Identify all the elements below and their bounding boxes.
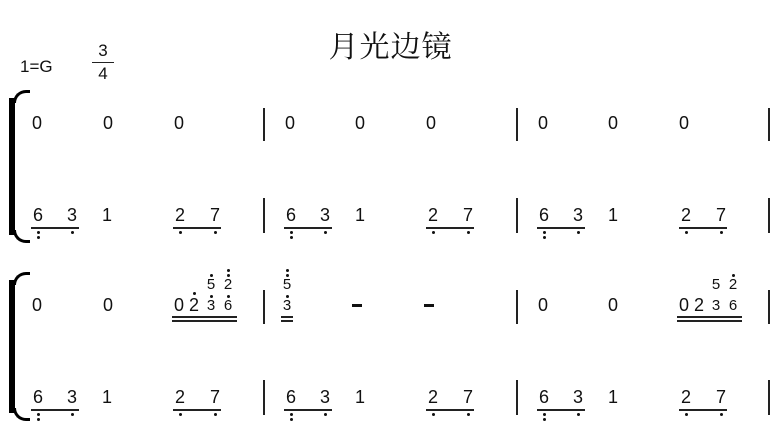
octave-dot bbox=[290, 231, 293, 234]
note: 6 bbox=[30, 205, 46, 225]
note: 0 bbox=[100, 295, 116, 315]
note: 6 bbox=[536, 387, 552, 407]
note: 1 bbox=[352, 205, 368, 225]
bar-line bbox=[768, 198, 770, 233]
octave-dot bbox=[432, 231, 435, 234]
note: 2 bbox=[727, 277, 739, 293]
time-signature: 3 4 bbox=[92, 41, 114, 84]
octave-dot bbox=[71, 231, 74, 234]
octave-dot bbox=[467, 413, 470, 416]
note: 1 bbox=[605, 387, 621, 407]
underline bbox=[537, 409, 585, 411]
note: 3 bbox=[64, 205, 80, 225]
note: 0 bbox=[605, 295, 621, 315]
octave-dot bbox=[179, 231, 182, 234]
octave-dot bbox=[543, 236, 546, 239]
note: 3 bbox=[64, 387, 80, 407]
octave-dot bbox=[685, 413, 688, 416]
underline bbox=[173, 409, 221, 411]
octave-dot bbox=[37, 236, 40, 239]
underline bbox=[426, 227, 474, 229]
underline bbox=[679, 409, 727, 411]
octave-dot bbox=[467, 231, 470, 234]
note: 3 bbox=[205, 298, 217, 314]
note: 6 bbox=[536, 205, 552, 225]
octave-dot bbox=[543, 413, 546, 416]
time-signature-denominator: 4 bbox=[92, 64, 114, 84]
system-bracket bbox=[9, 280, 15, 413]
octave-dot bbox=[227, 274, 230, 277]
note: 3 bbox=[570, 387, 586, 407]
key-signature: 1=G bbox=[20, 57, 53, 77]
octave-dot bbox=[214, 231, 217, 234]
octave-dot bbox=[720, 231, 723, 234]
system-bracket bbox=[9, 98, 15, 235]
underline bbox=[281, 316, 293, 318]
note: 1 bbox=[99, 387, 115, 407]
octave-dot bbox=[193, 292, 196, 295]
note: 7 bbox=[713, 387, 729, 407]
bar-line bbox=[263, 108, 265, 141]
note: 6 bbox=[283, 387, 299, 407]
underline bbox=[172, 320, 237, 322]
note: 3 bbox=[710, 298, 722, 314]
note: 6 bbox=[727, 298, 739, 314]
underline bbox=[677, 320, 742, 322]
octave-dot bbox=[324, 413, 327, 416]
underline bbox=[426, 409, 474, 411]
bar-line bbox=[768, 380, 770, 415]
note: 3 bbox=[317, 387, 333, 407]
bar-line bbox=[768, 290, 770, 324]
underline bbox=[284, 409, 332, 411]
octave-dot bbox=[324, 231, 327, 234]
note: 7 bbox=[207, 387, 223, 407]
bar-line bbox=[263, 198, 265, 233]
octave-dot bbox=[286, 295, 289, 298]
note: 3 bbox=[281, 298, 293, 314]
bar-line bbox=[263, 380, 265, 415]
note: 0 bbox=[535, 113, 551, 133]
note: 0 bbox=[423, 113, 439, 133]
octave-dot bbox=[732, 274, 735, 277]
underline bbox=[172, 316, 237, 318]
note: 6 bbox=[222, 298, 234, 314]
note: 5 bbox=[710, 277, 722, 293]
note: 0 bbox=[29, 295, 45, 315]
note: 2 bbox=[172, 387, 188, 407]
note: 2 bbox=[172, 205, 188, 225]
note: 0 bbox=[29, 113, 45, 133]
note: 2 bbox=[425, 387, 441, 407]
note: 0 bbox=[171, 295, 187, 315]
note bbox=[352, 304, 362, 307]
time-signature-line bbox=[92, 62, 114, 63]
note: 0 bbox=[171, 113, 187, 133]
octave-dot bbox=[37, 231, 40, 234]
underline bbox=[284, 227, 332, 229]
note: 6 bbox=[30, 387, 46, 407]
note: 0 bbox=[605, 113, 621, 133]
note: 7 bbox=[207, 205, 223, 225]
note: 2 bbox=[186, 295, 202, 315]
octave-dot bbox=[214, 413, 217, 416]
underline bbox=[537, 227, 585, 229]
octave-dot bbox=[179, 413, 182, 416]
note: 0 bbox=[100, 113, 116, 133]
underline bbox=[677, 316, 742, 318]
octave-dot bbox=[210, 274, 213, 277]
octave-dot bbox=[577, 413, 580, 416]
note: 2 bbox=[678, 387, 694, 407]
note: 6 bbox=[283, 205, 299, 225]
note: 0 bbox=[676, 295, 692, 315]
octave-dot bbox=[543, 418, 546, 421]
octave-dot bbox=[432, 413, 435, 416]
note: 0 bbox=[535, 295, 551, 315]
note: 7 bbox=[460, 387, 476, 407]
time-signature-numerator: 3 bbox=[92, 41, 114, 61]
note: 7 bbox=[713, 205, 729, 225]
bar-line bbox=[516, 198, 518, 233]
octave-dot bbox=[286, 274, 289, 277]
bar-line bbox=[263, 290, 265, 324]
bar-line bbox=[516, 380, 518, 415]
underline bbox=[173, 227, 221, 229]
note: 1 bbox=[99, 205, 115, 225]
note: 1 bbox=[605, 205, 621, 225]
bar-line bbox=[516, 290, 518, 324]
note: 5 bbox=[205, 277, 217, 293]
bar-line bbox=[768, 108, 770, 141]
note bbox=[424, 304, 434, 307]
octave-dot bbox=[227, 295, 230, 298]
note: 1 bbox=[352, 387, 368, 407]
song-title: 月光边镜 bbox=[0, 22, 781, 66]
underline bbox=[31, 227, 79, 229]
note: 0 bbox=[282, 113, 298, 133]
note: 7 bbox=[460, 205, 476, 225]
note: 2 bbox=[678, 205, 694, 225]
octave-dot bbox=[290, 413, 293, 416]
note: 2 bbox=[691, 295, 707, 315]
bar-line bbox=[516, 108, 518, 141]
note: 2 bbox=[222, 277, 234, 293]
octave-dot bbox=[37, 418, 40, 421]
octave-dot bbox=[210, 295, 213, 298]
note: 5 bbox=[281, 277, 293, 293]
note: 3 bbox=[317, 205, 333, 225]
octave-dot bbox=[720, 413, 723, 416]
octave-dot bbox=[543, 231, 546, 234]
note: 2 bbox=[425, 205, 441, 225]
octave-dot bbox=[290, 418, 293, 421]
octave-dot bbox=[71, 413, 74, 416]
underline bbox=[679, 227, 727, 229]
octave-dot bbox=[37, 413, 40, 416]
octave-dot bbox=[685, 231, 688, 234]
octave-dot bbox=[286, 269, 289, 272]
underline bbox=[281, 320, 293, 322]
note: 3 bbox=[570, 205, 586, 225]
note: 0 bbox=[352, 113, 368, 133]
octave-dot bbox=[290, 236, 293, 239]
octave-dot bbox=[227, 269, 230, 272]
octave-dot bbox=[577, 231, 580, 234]
underline bbox=[31, 409, 79, 411]
note: 0 bbox=[676, 113, 692, 133]
